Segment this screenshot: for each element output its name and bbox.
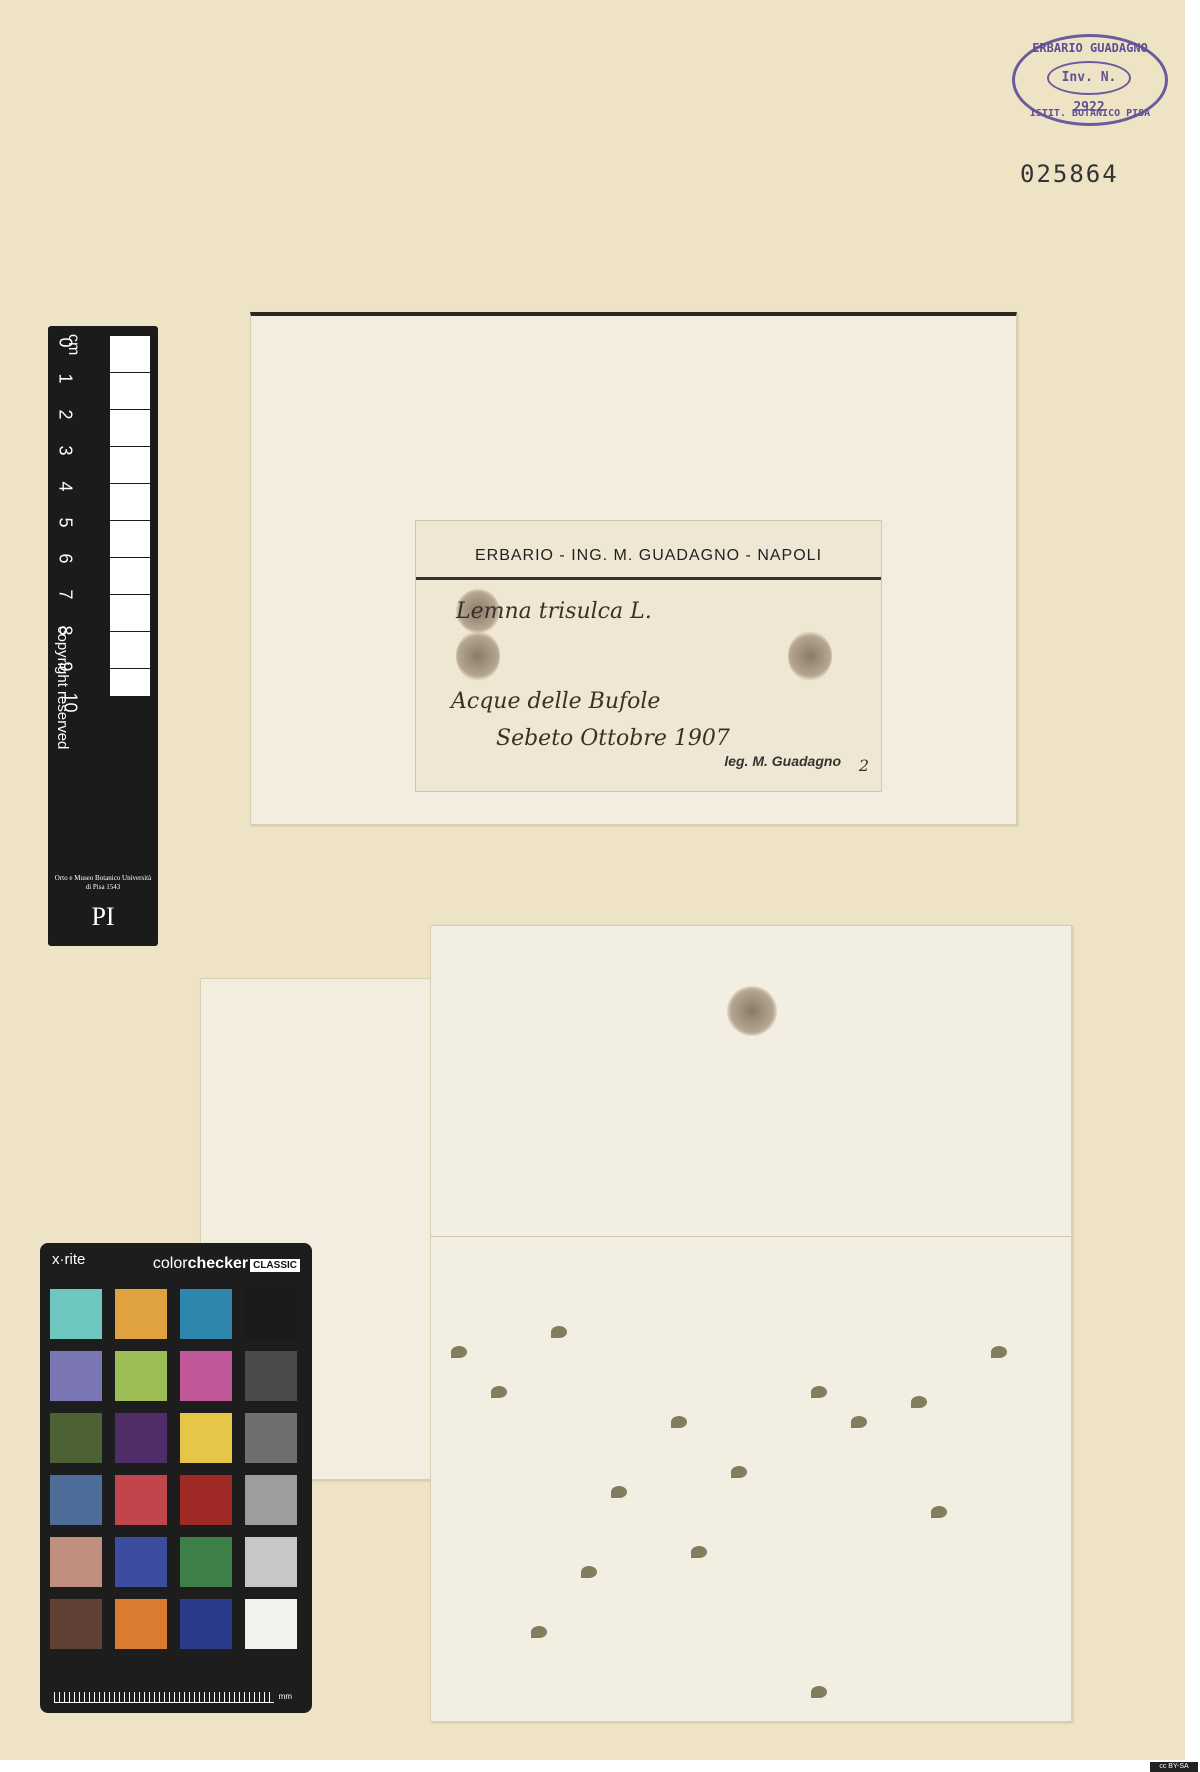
catalog-number: 025864 [1020, 160, 1119, 188]
specimen-label: ERBARIO - ING. M. GUADAGNO - NAPOLI Lemn… [415, 520, 882, 792]
locality: Acque delle Bufole [451, 689, 660, 714]
swatch [180, 1351, 232, 1401]
title-prefix: color [153, 1255, 188, 1272]
swatch [115, 1537, 167, 1587]
ruler-scale-bars [110, 336, 150, 696]
herbarium-sheet: ERBARIO GUADAGNO Inv. N. 2922 ISTIT. BOT… [0, 0, 1185, 1760]
swatch [50, 1413, 102, 1463]
swatch [50, 1289, 102, 1339]
swatch [245, 1475, 297, 1525]
ruler-tick: 3 [55, 445, 76, 455]
ruler-tick: 2 [55, 409, 76, 419]
herbarium-code: PI [48, 902, 158, 932]
swatch [50, 1475, 102, 1525]
collection-date: Sebeto Ottobre 1907 [496, 726, 730, 751]
swatch [245, 1599, 297, 1649]
swatch [50, 1537, 102, 1587]
stamp-top-text: ERBARIO GUADAGNO [1015, 41, 1165, 55]
ruler-tick: 5 [55, 517, 76, 527]
packet-fold [431, 1236, 1071, 1237]
institution-name: Orto e Museo Botanico Università di Pisa… [52, 874, 154, 892]
specimen-frond [911, 1396, 927, 1408]
swatch [180, 1413, 232, 1463]
stain [788, 631, 832, 681]
swatch [50, 1599, 102, 1649]
specimen-frond [451, 1346, 467, 1358]
mm-unit: mm [279, 1692, 292, 1701]
specimen-frond [531, 1626, 547, 1638]
specimen-frond [851, 1416, 867, 1428]
scale-ruler: cm 0 1 2 3 4 5 6 7 8 9 10 copyright rese… [48, 326, 158, 946]
specimen-frond [671, 1416, 687, 1428]
institution-stamp: ERBARIO GUADAGNO Inv. N. 2922 ISTIT. BOT… [1012, 34, 1168, 126]
ruler-tick: 4 [55, 481, 76, 491]
stamp-inventory: Inv. N. 2922 [1047, 61, 1131, 95]
label-header: ERBARIO - ING. M. GUADAGNO - NAPOLI [416, 535, 881, 580]
title-bold: checker [188, 1255, 249, 1272]
specimen-frond [691, 1546, 707, 1558]
license-badge: cc BY-SA [1150, 1762, 1198, 1772]
specimen-frond [581, 1566, 597, 1578]
swatch [115, 1599, 167, 1649]
swatch [245, 1351, 297, 1401]
swatch [245, 1289, 297, 1339]
swatch [180, 1599, 232, 1649]
specimen-frond [611, 1486, 627, 1498]
ruler-tick: 0 [55, 337, 76, 347]
specimen-frond [811, 1386, 827, 1398]
swatch [180, 1289, 232, 1339]
specimen-frond [991, 1346, 1007, 1358]
swatch [115, 1289, 167, 1339]
collector: leg. M. Guadagno [724, 753, 841, 769]
xrite-logo: x·rite [52, 1251, 85, 1268]
ruler-tick: 1 [55, 373, 76, 383]
ruler-tick: 6 [55, 553, 76, 563]
swatch [115, 1475, 167, 1525]
specimen-packet [430, 925, 1072, 1722]
label-mark: 2 [859, 756, 869, 775]
swatch [245, 1413, 297, 1463]
colorchecker-title: colorcheckerCLASSIC [153, 1255, 300, 1273]
swatch [180, 1537, 232, 1587]
swatch [50, 1351, 102, 1401]
mm-scale [54, 1692, 274, 1703]
copyright-text: copyright reserved [54, 626, 71, 749]
species-name: Lemna trisulca L. [456, 599, 652, 624]
specimen-frond [731, 1466, 747, 1478]
swatch [115, 1351, 167, 1401]
specimen-frond [551, 1326, 567, 1338]
specimen-frond [931, 1506, 947, 1518]
stamp-bottom-text: ISTIT. BOTANICO PISA [1015, 108, 1165, 119]
stain [727, 986, 777, 1036]
swatch [245, 1537, 297, 1587]
swatch [115, 1413, 167, 1463]
color-swatch-grid [50, 1289, 297, 1649]
ruler-tick: 7 [55, 589, 76, 599]
swatch [180, 1475, 232, 1525]
edition-badge: CLASSIC [250, 1259, 300, 1272]
specimen-frond [491, 1386, 507, 1398]
specimen-frond [811, 1686, 827, 1698]
stain [456, 631, 500, 681]
color-checker-card: x·rite colorcheckerCLASSIC [40, 1243, 312, 1713]
